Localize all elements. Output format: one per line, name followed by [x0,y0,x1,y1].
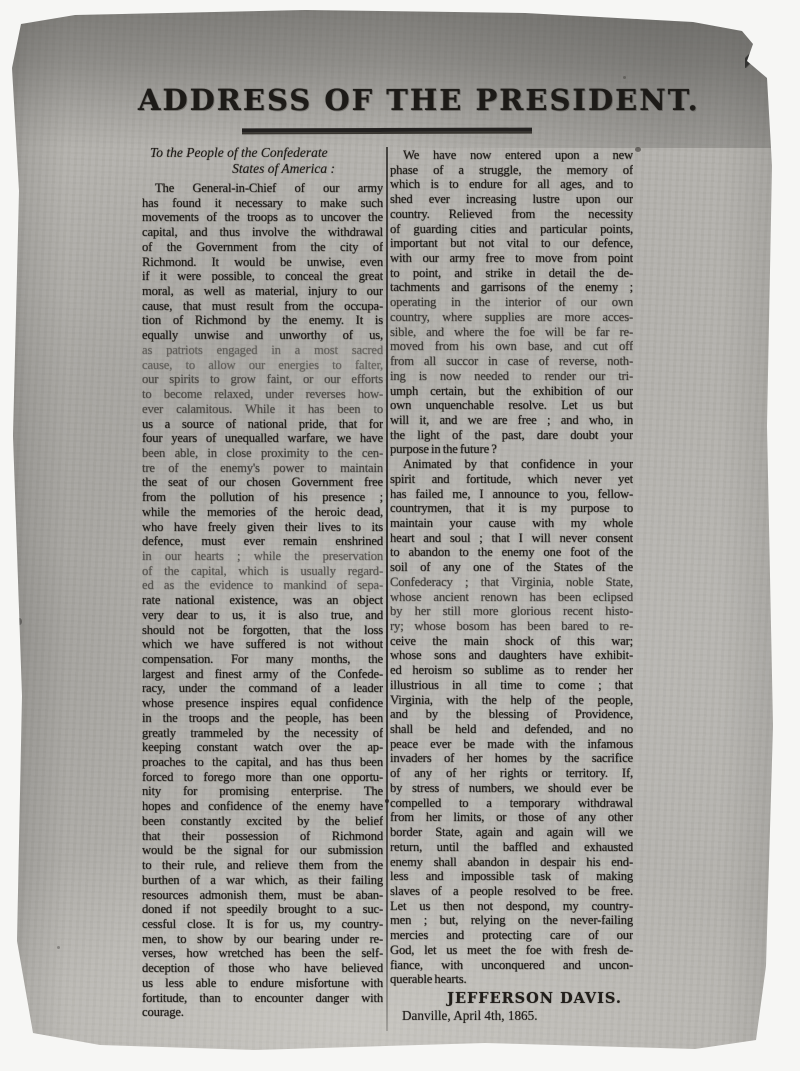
text-line: keeping constant watch over the ap- [142,740,383,755]
salutation: To the People of the Confederate States … [142,145,383,177]
text-line: to abandon to the enemy one foot of the [390,545,633,560]
text-line: cause, to allow our energies to falter, [142,358,383,373]
text-line: cause, that must result from the occupa- [142,299,383,314]
text-line: as patriots engaged in a most sacred [142,343,383,358]
text-line: border State, again and again will we [390,825,633,840]
right-column: We have now entered upon a newphase of a… [390,148,633,1024]
text-line: while the memories of the heroic dead, [142,505,383,520]
text-line: to their rule, and relieve them from the [142,858,383,873]
text-line: God, let us meet the foe with fresh de- [390,943,633,958]
salutation-line-2: States of America : [142,161,383,177]
page-title: ADDRESS OF THE PRESIDENT. [138,83,642,117]
text-line: important but not vital to our defence, [390,236,633,251]
text-line: return, until the baffled and exhausted [390,840,633,855]
text-line: men ; but, relying on the never-failing [390,913,633,928]
text-line: who have freely given their lives to its [142,520,383,535]
text-line: us a source of national pride, that for [142,417,383,432]
ink-stain [17,618,22,625]
ink-stain [635,147,641,152]
text-line: country, where supplies are more acces- [390,310,633,325]
text-line: tachments and garrisons of the enemy ; [390,280,633,295]
text-line: moral, as well as material, injury to ou… [142,284,383,299]
text-line: burthen of a war which, as their failing [142,873,383,888]
text-line: whose ancient renown has been eclipsed [390,590,633,605]
text-line: forced to forego more than one opportu- [142,770,383,785]
text-line: tion of Richmond by the enemy. It is [142,313,383,328]
column-divider-rule [386,147,388,1031]
text-line: fortitude, than to encounter danger with [142,991,383,1006]
text-line: invaders of her homes by the sacrifice [390,751,633,766]
text-line: Confederacy ; that Virginia, noble State… [390,575,633,590]
text-line: from her limits, or those of any other [390,810,633,825]
text-line: ceive the main shock of this war; [390,634,633,649]
text-line: which is to endure for all ages, and to [390,177,633,192]
text-line: Richmond. It would be unwise, even [142,255,383,270]
text-line: equally unwise and unworthy of us, [142,328,383,343]
text-line: to become relaxed, under reverses how- [142,387,383,402]
text-line: illustrious in all time to come ; that [390,678,633,693]
ink-stain [57,946,60,949]
paper-top-shadow [5,6,775,148]
text-line: spirit and fortitude, which never yet [390,472,633,487]
text-line: has found it necessary to make such [142,196,383,211]
text-line: peace ever be made with the infamous [390,737,633,752]
text-line: cessful close. It is for us, my country- [142,917,383,932]
text-line: own unquenchable resolve. Let us but [390,398,633,413]
text-line: and by the blessing of Providence, [390,707,633,722]
text-line: resources admonish them, must be aban- [142,888,383,903]
text-line: very dear to us, it is also true, and [142,608,383,623]
text-line: capital, and thus involve the withdrawal [142,225,383,240]
text-line: Animated by that confidence in your [390,457,633,472]
text-line: racy, under the command of a leader [142,681,383,696]
signature: JEFFERSON DAVIS. [390,990,633,1007]
text-line: phase of a struggle, the memory of [390,163,633,178]
text-line: shall be held and defended, and no [390,722,633,737]
text-line: which we have suffered is not without [142,637,383,652]
text-line: in the troops and the people, has been [142,711,383,726]
text-line: of the capital, which is usually regard- [142,564,383,579]
text-line: less and impossible task of making [390,869,633,884]
text-line: courage. [142,1005,383,1020]
text-line: maintain your cause with my whole [390,516,633,531]
text-line: by stress of numbers, we should ever be [390,781,633,796]
text-line: heart and soul ; that I will never conse… [390,531,633,546]
text-line: if it were possible, to conceal the grea… [142,269,383,284]
text-line: ever calamitous. While it has been to [142,402,383,417]
text-line: compensation. For many months, the [142,652,383,667]
text-line: to point, and strike in detail the de- [390,266,633,281]
right-column-text: We have now entered upon a newphase of a… [390,148,633,987]
title-rule [242,128,532,135]
text-line: should not be forgotten, that the loss [142,623,383,638]
text-line: the seat of our chosen Government free [142,475,383,490]
text-line: sible, and where the foe will be far re- [390,325,633,340]
text-line: us less able to endure misfortune with [142,976,383,991]
text-line: slaves of a people resolved to be free. [390,884,633,899]
text-line: in our hearts ; while the preservation [142,549,383,564]
text-line: has failed me, I announce to you, fellow… [390,487,633,502]
text-line: ry; whose bosom has been bared to re- [390,619,633,634]
text-line: been able, in close proximity to the cen… [142,446,383,461]
text-line: will it, and we are free ; and who, in [390,413,633,428]
text-line: mercies and protecting care of our [390,928,633,943]
text-line: our spirits to grow faint, or our effort… [142,372,383,387]
text-line: men, to show by our bearing under re- [142,932,383,947]
text-line: fiance, with unconquered and uncon- [390,958,633,973]
ink-stain [623,76,626,79]
broadside-page: ADDRESS OF THE PRESIDENT. To the People … [5,6,775,1058]
text-line: proaches to the capital, and has thus be… [142,755,383,770]
text-line: from the pollution of his presence ; [142,490,383,505]
text-line: purpose in the future ? [390,442,633,457]
text-line: doned if not speedily brought to a suc- [142,902,383,917]
text-line: Let us then not despond, my country- [390,899,633,914]
text-line: greatly trammeled by the necessity of [142,726,383,741]
text-line: of guarding cities and particular points… [390,222,633,237]
text-line: countrymen, that it is my purpose to [390,501,633,516]
text-line: ed as the evidence to mankind of sepa- [142,578,383,593]
text-line: that their possession of Richmond [142,829,383,844]
text-line: country. Relieved from the necessity [390,207,633,222]
text-line: tre of the enemy's power to maintain [142,461,383,476]
text-line: querable hearts. [390,972,633,987]
text-line: whose presence inspires equal confidence [142,696,383,711]
text-line: hopes and confidence of the enemy have [142,799,383,814]
text-line: four years of unequalled warfare, we hav… [142,431,383,446]
text-line: movements of the troops as to uncover th… [142,210,383,225]
salutation-line-1: To the People of the Confederate [142,145,383,161]
text-line: of any of her rights or territory. If, [390,766,633,781]
text-line: moved from his own base, and cut off [390,339,633,354]
text-line: defence, must ever remain enshrined [142,534,383,549]
text-line: Virginia, with the help of the people, [390,693,633,708]
left-column-text: The General-in-Chief of our armyhas foun… [142,181,383,1020]
text-line: deception of those who have believed [142,961,383,976]
text-line: rate national existence, was an object [142,593,383,608]
text-line: operating in the interior of our own [390,295,633,310]
text-line: largest and finest army of the Confede- [142,667,383,682]
dateline: Danville, April 4th, 1865. [390,1008,633,1024]
paper-edge-tear [745,34,769,68]
left-column: To the People of the Confederate States … [142,145,383,1020]
text-line: would be the signal for our submission [142,843,383,858]
scan-background: ADDRESS OF THE PRESIDENT. To the People … [0,0,800,1071]
text-line: with our army free to move from point [390,251,633,266]
text-line: of the Government from the city of [142,240,383,255]
text-line: shed ever increasing lustre upon our [390,192,633,207]
text-line: We have now entered upon a new [390,148,633,163]
text-line: the light of the past, dare doubt your [390,428,633,443]
text-line: ing is now needed to render our tri- [390,369,633,384]
text-line: The General-in-Chief of our army [142,181,383,196]
text-line: nity for promising enterprise. The [142,784,383,799]
text-line: compelled to a temporary withdrawal [390,796,633,811]
text-line: enemy shall abandon in despair his end- [390,855,633,870]
text-line: from all succor in case of reverse, noth… [390,354,633,369]
text-line: soil of any one of the States of the [390,560,633,575]
text-line: verses, how wretched has been the self- [142,946,383,961]
text-line: ed heroism so sublime as to render her [390,663,633,678]
text-line: whose sons and daughters have exhibit- [390,648,633,663]
text-line: been constantly excited by the belief [142,814,383,829]
text-line: by her still more glorious recent histo- [390,604,633,619]
text-line: umph certain, but the exhibition of our [390,384,633,399]
